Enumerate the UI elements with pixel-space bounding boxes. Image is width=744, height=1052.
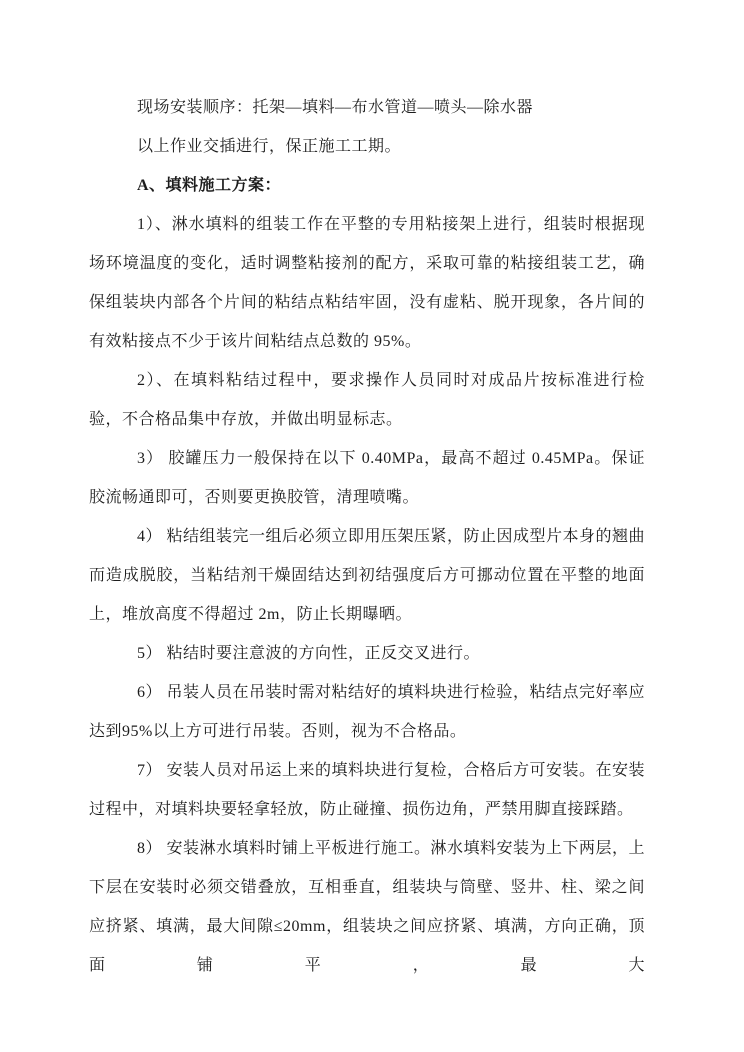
paragraph-1: 1）、淋水填料的组装工作在平整的专用粘接架上进行，组装时根据现场环境温度的变化，… <box>89 205 645 361</box>
paragraph-5: 5） 粘结时要注意波的方向性，正反交叉进行。 <box>89 634 645 673</box>
install-sequence-line: 现场安装顺序：托架—填料—布水管道—喷头—除水器 <box>89 88 645 127</box>
paragraph-3: 3） 胶罐压力一般保持在以下 0.40MPa，最高不超过 0.45MPa。保证胶… <box>89 439 645 517</box>
paragraph-6: 6） 吊装人员在吊装时需对粘结好的填料块进行检验，粘结点完好率应达到95%以上方… <box>89 673 645 751</box>
paragraph-8: 8） 安装淋水填料时铺上平板进行施工。淋水填料安装为上下两层，上下层在安装时必须… <box>89 829 645 985</box>
document-page: 现场安装顺序：托架—填料—布水管道—喷头—除水器 以上作业交插进行，保正施工工期… <box>0 0 744 1052</box>
paragraph-2: 2）、在填料粘结过程中，要求操作人员同时对成品片按标准进行检验，不合格品集中存放… <box>89 361 645 439</box>
paragraph-4: 4） 粘结组装完一组后必须立即用压架压紧，防止因成型片本身的翘曲而造成脱胶，当粘… <box>89 517 645 634</box>
paragraph-7: 7） 安装人员对吊运上来的填料块进行复检，合格后方可安装。在安装过程中，对填料块… <box>89 751 645 829</box>
section-heading: A、填料施工方案： <box>89 166 645 205</box>
schedule-note-line: 以上作业交插进行，保正施工工期。 <box>89 127 645 166</box>
